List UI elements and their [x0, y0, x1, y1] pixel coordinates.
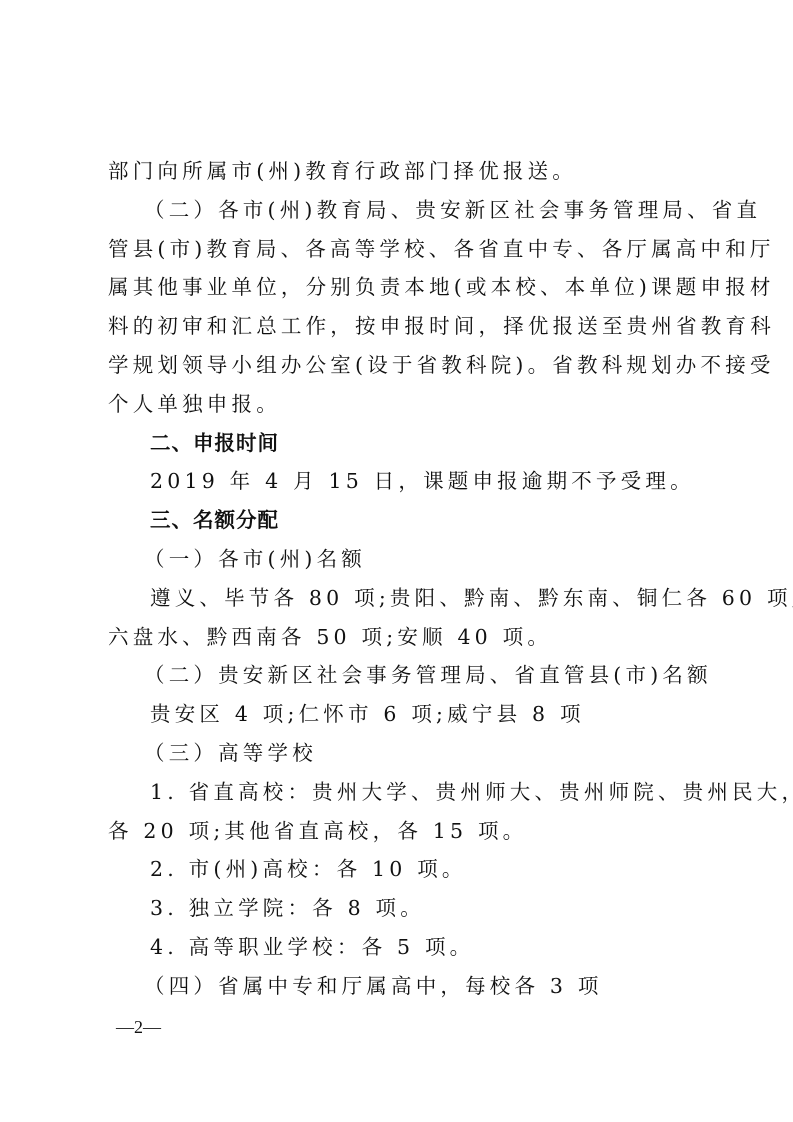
paragraph-line: 管县(市)教育局、各高等学校、各省直中专、各厅属高中和厅: [108, 230, 688, 269]
list-item: 1. 省直高校：贵州大学、贵州师大、贵州师院、贵州民大，: [108, 773, 688, 812]
paragraph-line: 贵安区 4 项;仁怀市 6 项;威宁县 8 项: [108, 695, 688, 734]
page-number: —2—: [116, 1017, 161, 1038]
paragraph-line: 属其他事业单位，分别负责本地(或本校、本单位)课题申报材: [108, 268, 688, 307]
paragraph-line: 个人单独申报。: [108, 385, 688, 424]
paragraph-line: 遵义、毕节各 80 项;贵阳、黔南、黔东南、铜仁各 60 项;: [108, 579, 688, 618]
subsection-title: （二）贵安新区社会事务管理局、省直管县(市)名额: [108, 656, 688, 695]
paragraph-line: 六盘水、黔西南各 50 项;安顺 40 项。: [108, 618, 688, 657]
section-heading-quota-allocation: 三、名额分配: [108, 501, 688, 540]
list-item: 3. 独立学院：各 8 项。: [108, 889, 688, 928]
section-heading-submission-time: 二、申报时间: [108, 424, 688, 463]
paragraph-line: 学规划领导小组办公室(设于省教科院)。省教科规划办不接受: [108, 346, 688, 385]
list-item: 2. 市(州)高校：各 10 项。: [108, 850, 688, 889]
paragraph-line: （二）各市(州)教育局、贵安新区社会事务管理局、省直: [108, 191, 688, 230]
submission-deadline-text: 2019 年 4 月 15 日，课题申报逾期不予受理。: [108, 462, 688, 501]
document-page: 部门向所属市(州)教育行政部门择优报送。 （二）各市(州)教育局、贵安新区社会事…: [108, 152, 688, 1006]
subsection-title: （三）高等学校: [108, 734, 688, 773]
paragraph-line: 料的初审和汇总工作，按申报时间，择优报送至贵州省教育科: [108, 307, 688, 346]
paragraph-line: 部门向所属市(州)教育行政部门择优报送。: [108, 152, 688, 191]
subsection-title: （四）省属中专和厅属高中，每校各 3 项: [108, 967, 688, 1006]
subsection-title: （一）各市(州)名额: [108, 540, 688, 579]
list-item-continuation: 各 20 项;其他省直高校，各 15 项。: [108, 812, 688, 851]
list-item: 4. 高等职业学校：各 5 项。: [108, 928, 688, 967]
